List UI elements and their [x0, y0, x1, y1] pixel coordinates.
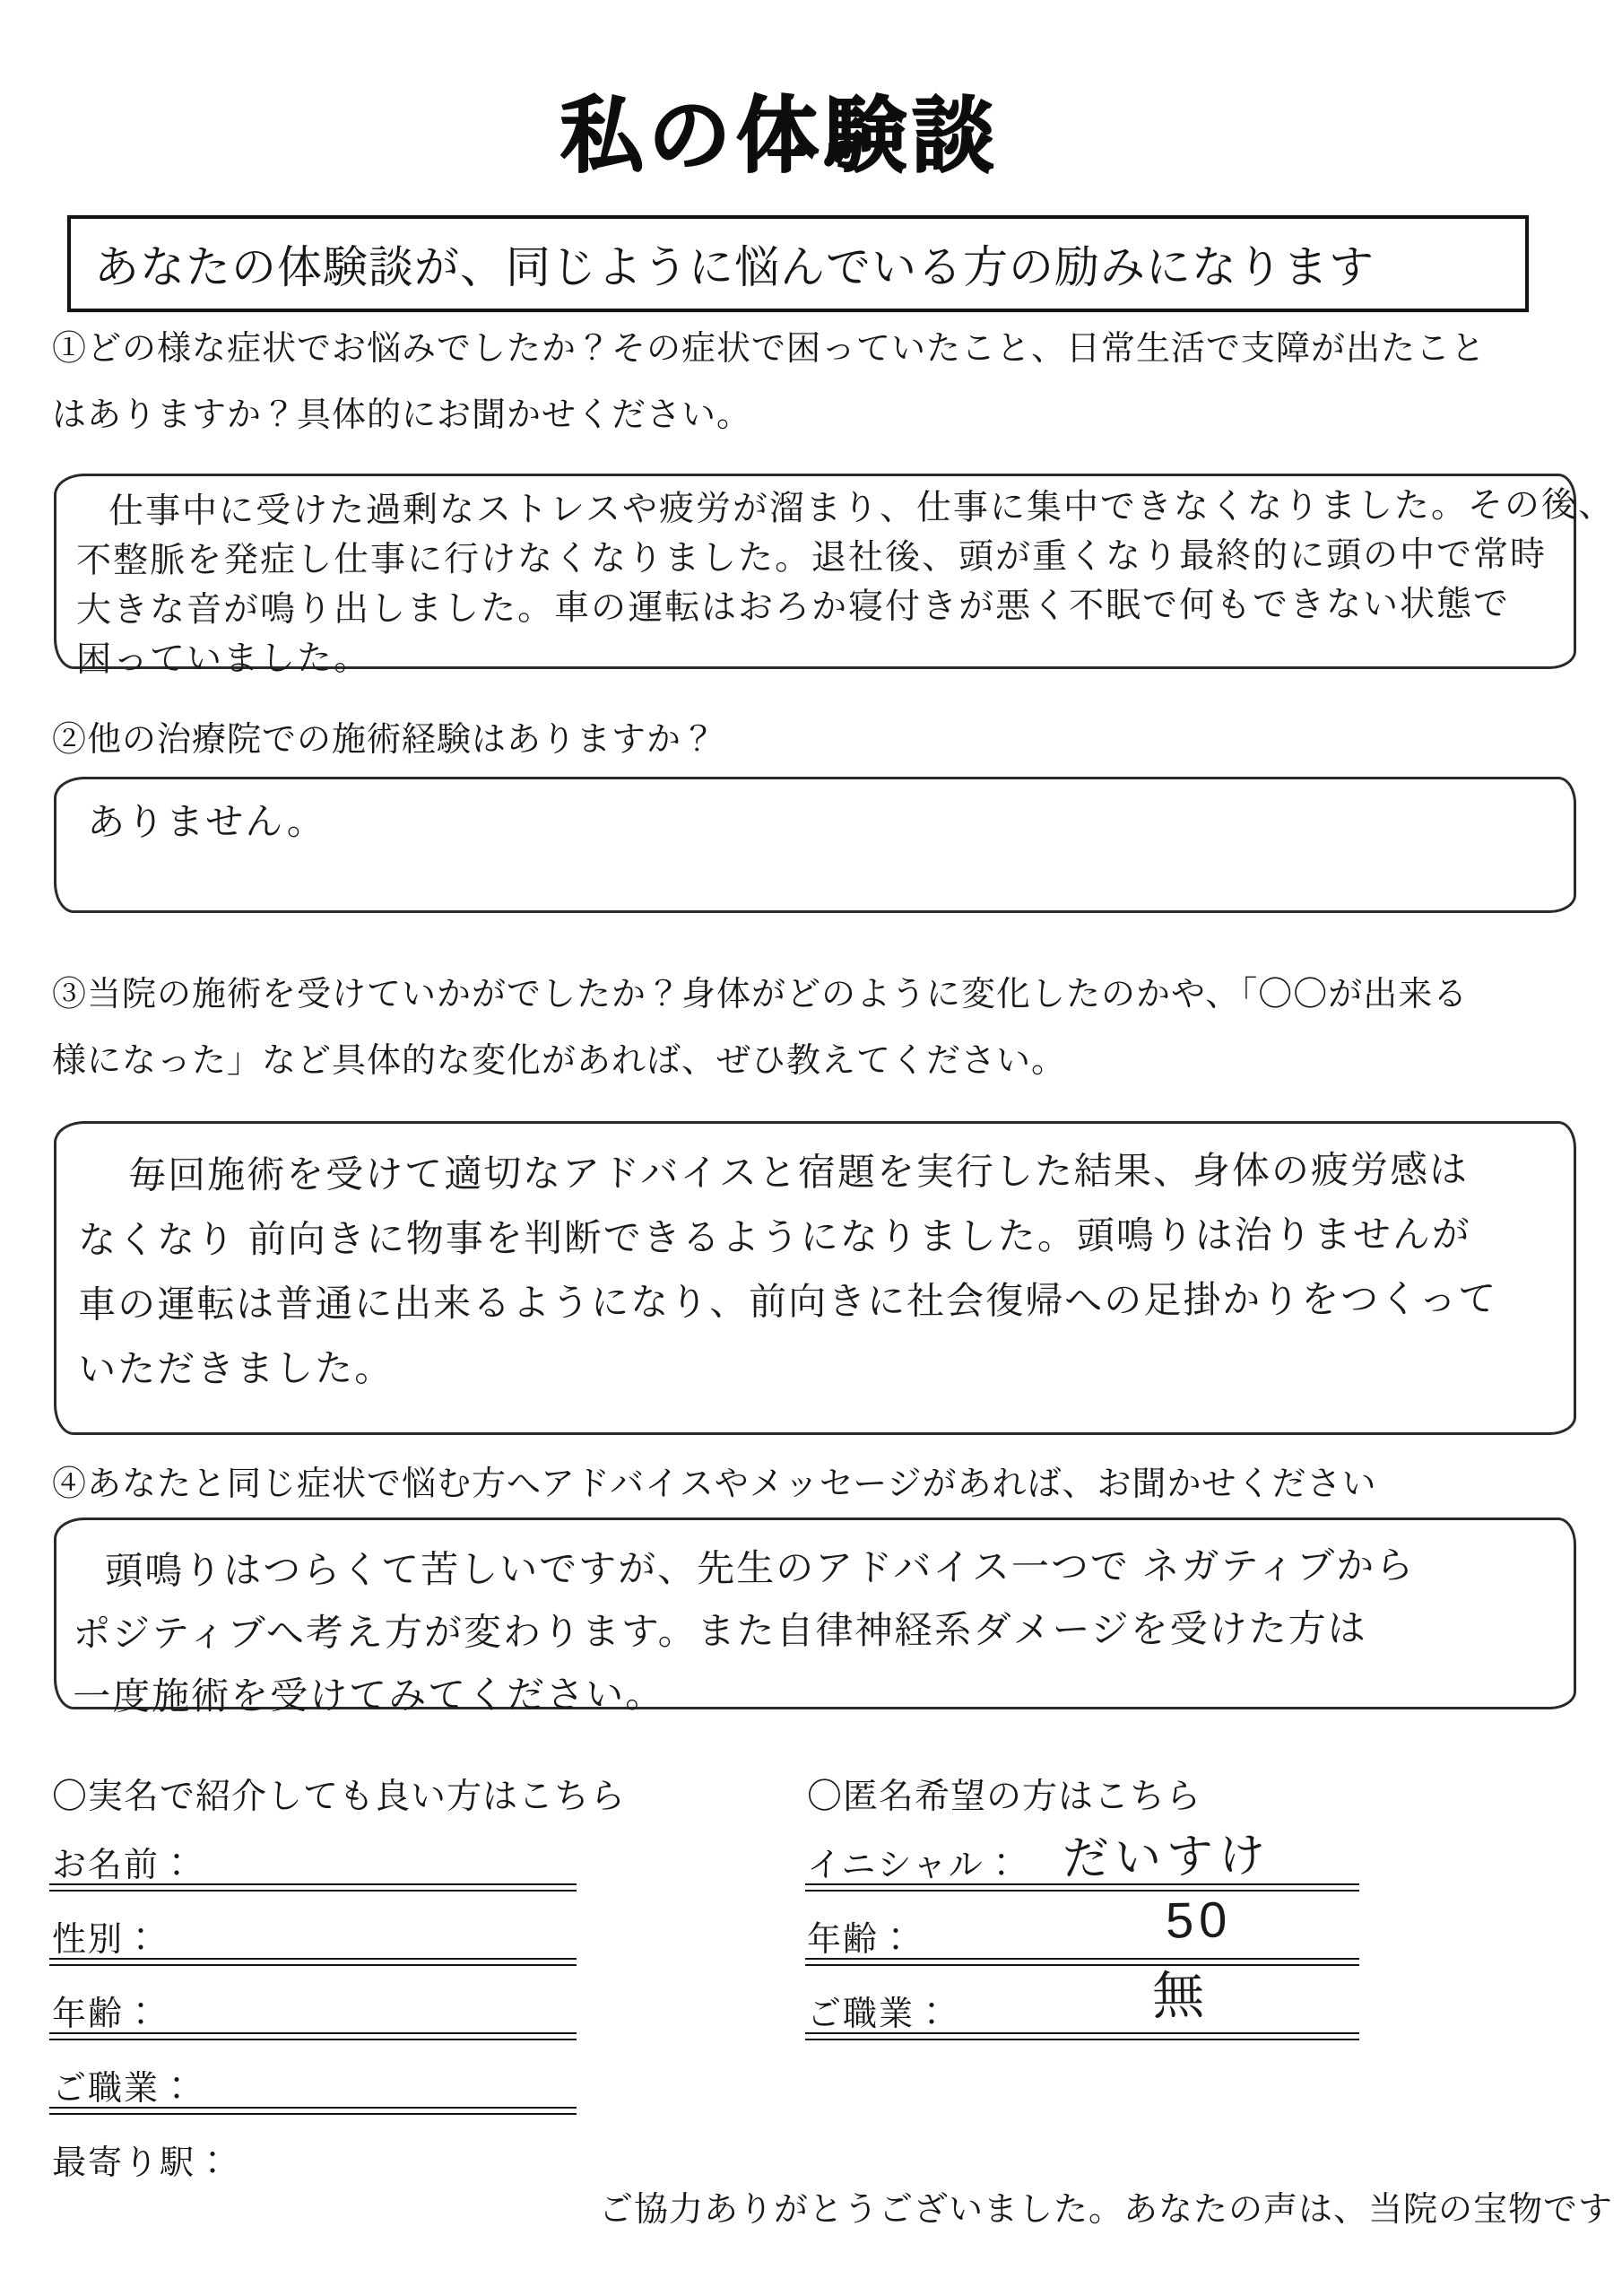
answer-box-4: 頭鳴りはつらくて苦しいですが、先生のアドバイス一つで ネガティブから ポジティブ… — [54, 1518, 1576, 1709]
gender-field-line — [49, 1958, 577, 1966]
initial-field-value: だいすけ — [1062, 1817, 1271, 1888]
question-1-line-1: ①どの様な症状でお悩みでしたか？その症状で困っていたこと、日常生活で支障が出たこ… — [52, 316, 1486, 382]
job-field-label: ご職業： — [52, 2060, 195, 2109]
answer-3-line-3: 車の運転は普通に出来るようになり、前向きに社会復帰への足掛かりをつくって — [78, 1266, 1574, 1337]
anon-job-field-value: 無 — [1151, 1952, 1210, 2029]
anon-job-field-line — [805, 2032, 1359, 2040]
question-3-line-2: 様になった」など具体的な変化があれば、ぜひ教えてください。 — [52, 1028, 1468, 1094]
banner-box: あなたの体験談が、同じように悩んでいる方の励みになります — [67, 215, 1529, 312]
anon-age-field-line — [805, 1958, 1359, 1966]
answer-1-line-2: 不整脈を発症し仕事に行けなくなりました。退社後、頭が重くなり最終的に頭の中で常時 — [76, 530, 1574, 586]
station-field-label: 最寄り駅： — [52, 2135, 231, 2184]
age-field-line — [49, 2032, 577, 2040]
age-field-label: 年齢： — [52, 1986, 160, 2035]
answer-4-line-3: 一度施術を受けてみてください。 — [73, 1659, 1574, 1728]
gender-field-label: 性別： — [52, 1911, 160, 1961]
answer-3-line-1: 毎回施術を受けて適切なアドバイスと宿題を実行した結果、身体の疲労感は — [78, 1137, 1574, 1208]
answer-1-line-3: 大きな音が鳴り出しました。車の運転はおろか寝付きが悪く不眠で何もできない状態で — [76, 579, 1574, 635]
initial-field-label: イニシャル： — [807, 1837, 1020, 1886]
answer-1-line-1: 仕事中に受けた過剰なストレスや疲労が溜まり、仕事に集中できなくなりました。その後… — [76, 481, 1574, 536]
scanned-testimonial-form: 私の体験談 あなたの体験談が、同じように悩んでいる方の励みになります ①どの様な… — [0, 0, 1622, 2296]
answer-1-line-4: 困っていました。 — [76, 629, 1574, 684]
question-3-label: ③当院の施術を受けていかがでしたか？身体がどのように変化したのかや、「〇〇が出来… — [52, 961, 1468, 1094]
answer-3-line-2: なくなり 前向きに物事を判断できるようになりました。頭鳴りは治りませんが — [78, 1202, 1574, 1273]
anon-job-field-label: ご職業： — [807, 1986, 950, 2035]
answer-3-line-4: いただきました。 — [78, 1331, 1574, 1402]
page-title: 私の体験談 — [0, 70, 1560, 188]
anonymous-section-heading: 〇匿名希望の方はこちら — [807, 1769, 1201, 1819]
job-field-line — [49, 2107, 577, 2115]
closing-thanks-text: ご協力ありがとうございました。あなたの声は、当院の宝物です！ — [599, 2181, 1622, 2231]
anon-age-field-value: 50 — [1165, 1890, 1232, 1949]
banner-text: あなたの体験談が、同じように悩んでいる方の励みになります — [71, 231, 1375, 296]
initial-field-line — [805, 1883, 1359, 1892]
real-name-section-heading: 〇実名で紹介しても良い方はこちら — [52, 1769, 626, 1819]
question-2-label: ②他の治療院での施術経験はありますか？ — [52, 707, 716, 773]
question-2-line-1: ②他の治療院での施術経験はありますか？ — [52, 707, 716, 773]
answer-4-line-1: 頭鳴りはつらくて苦しいですが、先生のアドバイス一つで ネガティブから — [73, 1534, 1574, 1603]
answer-box-2: ありません。 — [54, 777, 1576, 913]
answer-4-line-2: ポジティブへ考え方が変わります。また自律神経系ダメージを受けた方は — [73, 1596, 1574, 1665]
answer-box-3: 毎回施術を受けて適切なアドバイスと宿題を実行した結果、身体の疲労感は なくなり … — [54, 1121, 1576, 1435]
name-field-line — [49, 1883, 577, 1892]
question-3-line-1: ③当院の施術を受けていかがでしたか？身体がどのように変化したのかや、「〇〇が出来… — [52, 961, 1468, 1028]
question-1-line-2: はありますか？具体的にお聞かせください。 — [52, 382, 1486, 448]
name-field-label: お名前： — [52, 1837, 195, 1886]
question-4-label: ④あなたと同じ症状で悩む方へアドバイスやメッセージがあれば、お聞かせください — [52, 1451, 1376, 1518]
question-1-label: ①どの様な症状でお悩みでしたか？その症状で困っていたこと、日常生活で支障が出たこ… — [52, 316, 1486, 448]
answer-2-line-1: ありません。 — [87, 789, 1574, 849]
anon-age-field-label: 年齢： — [807, 1911, 915, 1961]
answer-box-1: 仕事中に受けた過剰なストレスや疲労が溜まり、仕事に集中できなくなりました。その後… — [54, 474, 1576, 669]
question-4-line-1: ④あなたと同じ症状で悩む方へアドバイスやメッセージがあれば、お聞かせください — [52, 1451, 1376, 1518]
